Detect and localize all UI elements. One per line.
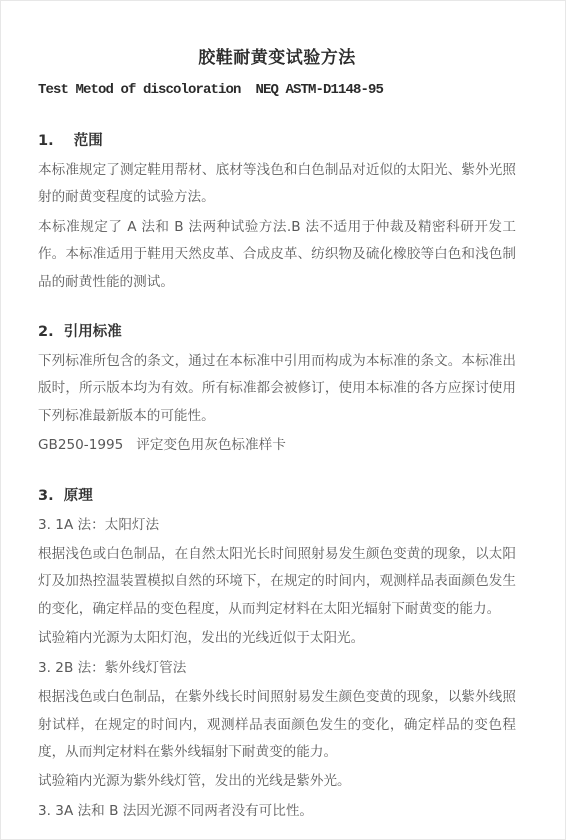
document-title: 胶鞋耐黄变试验方法	[38, 45, 516, 71]
paragraph: 本标准规定了 A 法和 B 法两种试验方法.B 法不适用于仲裁及精密科研开发工作…	[38, 214, 516, 296]
paragraph: 本标准规定了测定鞋用帮材、底材等浅色和白色制品对近似的太阳光、紫外光照射的耐黄变…	[38, 157, 516, 212]
paragraph: 根据浅色或白色制品，在自然太阳光长时间照射易发生颜色变黄的现象，以太阳灯及加热控…	[38, 541, 516, 623]
paragraph: 下列标准所包含的条文，通过在本标准中引用而构成为本标准的条文。本标准出版时，所示…	[38, 348, 516, 430]
paragraph: 根据浅色或白色制品，在紫外线长时间照射易发生颜色变黄的现象，以紫外线照射试样，在…	[38, 684, 516, 766]
section-principle: 3. 原理 3. 1A 法：太阳灯法 根据浅色或白色制品，在自然太阳光长时间照射…	[38, 486, 516, 825]
document-subtitle: Test Metod of discoloration NEQ ASTM-D11…	[38, 79, 516, 101]
paragraph: 3. 3A 法和 B 法因光源不同两者没有可比性。	[38, 798, 516, 825]
section-scope: 1. 范围 本标准规定了测定鞋用帮材、底材等浅色和白色制品对近似的太阳光、紫外光…	[38, 131, 516, 296]
section-heading-scope: 1. 范围	[38, 131, 516, 152]
paragraph-method-b-label: 3. 2B 法：紫外线灯管法	[38, 655, 516, 682]
section-heading-principle: 3. 原理	[38, 486, 516, 507]
section-heading-referenced-standards: 2. 引用标准	[38, 322, 516, 343]
paragraph-method-a-label: 3. 1A 法：太阳灯法	[38, 512, 516, 539]
section-referenced-standards: 2. 引用标准 下列标准所包含的条文，通过在本标准中引用而构成为本标准的条文。本…	[38, 322, 516, 460]
document-page: 胶鞋耐黄变试验方法 Test Metod of discoloration NE…	[0, 0, 566, 840]
paragraph: 试验箱内光源为紫外线灯管，发出的光线是紫外光。	[38, 768, 516, 795]
paragraph: 试验箱内光源为太阳灯泡，发出的光线近似于太阳光。	[38, 625, 516, 652]
paragraph-standard-reference: GB250-1995 评定变色用灰色标准样卡	[38, 432, 516, 459]
